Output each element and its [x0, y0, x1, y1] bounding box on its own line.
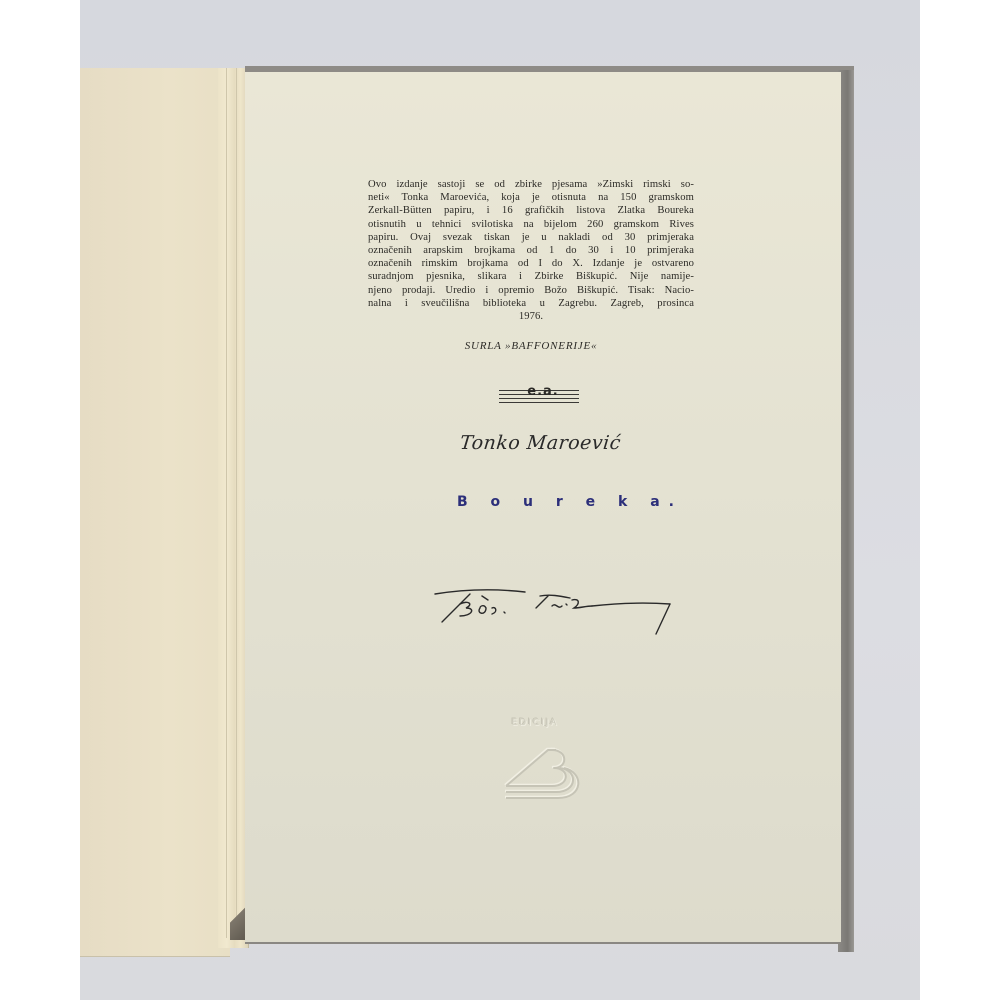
- colophon-text: Ovo izdanje sastoji se od zbirke pjesama…: [368, 178, 694, 323]
- signature-editor-scribble: [430, 582, 680, 642]
- zb-monogram-icon: [500, 730, 600, 830]
- signature-artist: B o u r e k a.: [457, 494, 683, 510]
- colophon-year: 1976.: [368, 310, 694, 323]
- colophon-line: označenih rimskim brojkama od I do X. Iz…: [368, 257, 694, 270]
- signature-poet: Tonko Maroević: [459, 432, 622, 454]
- colophon-line: Ovo izdanje sastoji se od zbirke pjesama…: [368, 178, 694, 191]
- gutter-shadow: [230, 900, 246, 940]
- colophon-line: otisnutih u tehnici svilotiska na bijelo…: [368, 218, 694, 231]
- colophon-line: papiru. Ovaj svezak tiskan je u nakladi …: [368, 231, 694, 244]
- series-name: SURLA »BAFFONERIJE«: [368, 340, 694, 352]
- signature-editor: [430, 582, 680, 642]
- fold-line: [226, 68, 227, 938]
- colophon-line: suradnjom pjesnika, slikara i Zbirke Biš…: [368, 270, 694, 283]
- colophon-line: Zerkall-Bütten papiru, i 16 grafičkih li…: [368, 204, 694, 217]
- colophon-line: nalna i sveučilišna biblioteka u Zagrebu…: [368, 297, 694, 310]
- colophon-line: njeno prodaji. Uredio i opremio Božo Biš…: [368, 284, 694, 297]
- colophon-line: neti« Tonka Maroevića, koja je otisnuta …: [368, 191, 694, 204]
- emboss-label: EDICIJA: [500, 718, 570, 728]
- edition-mark-text: e.a.: [513, 384, 573, 399]
- left-endpaper: [80, 68, 230, 956]
- fold-line: [236, 68, 237, 938]
- staff-line: [499, 402, 579, 403]
- embossed-logo: EDICIJA: [500, 718, 600, 828]
- edition-mark-stamp: e.a.: [499, 384, 579, 406]
- colophon-line: označenih arapskim brojkama od 1 do 30 i…: [368, 244, 694, 257]
